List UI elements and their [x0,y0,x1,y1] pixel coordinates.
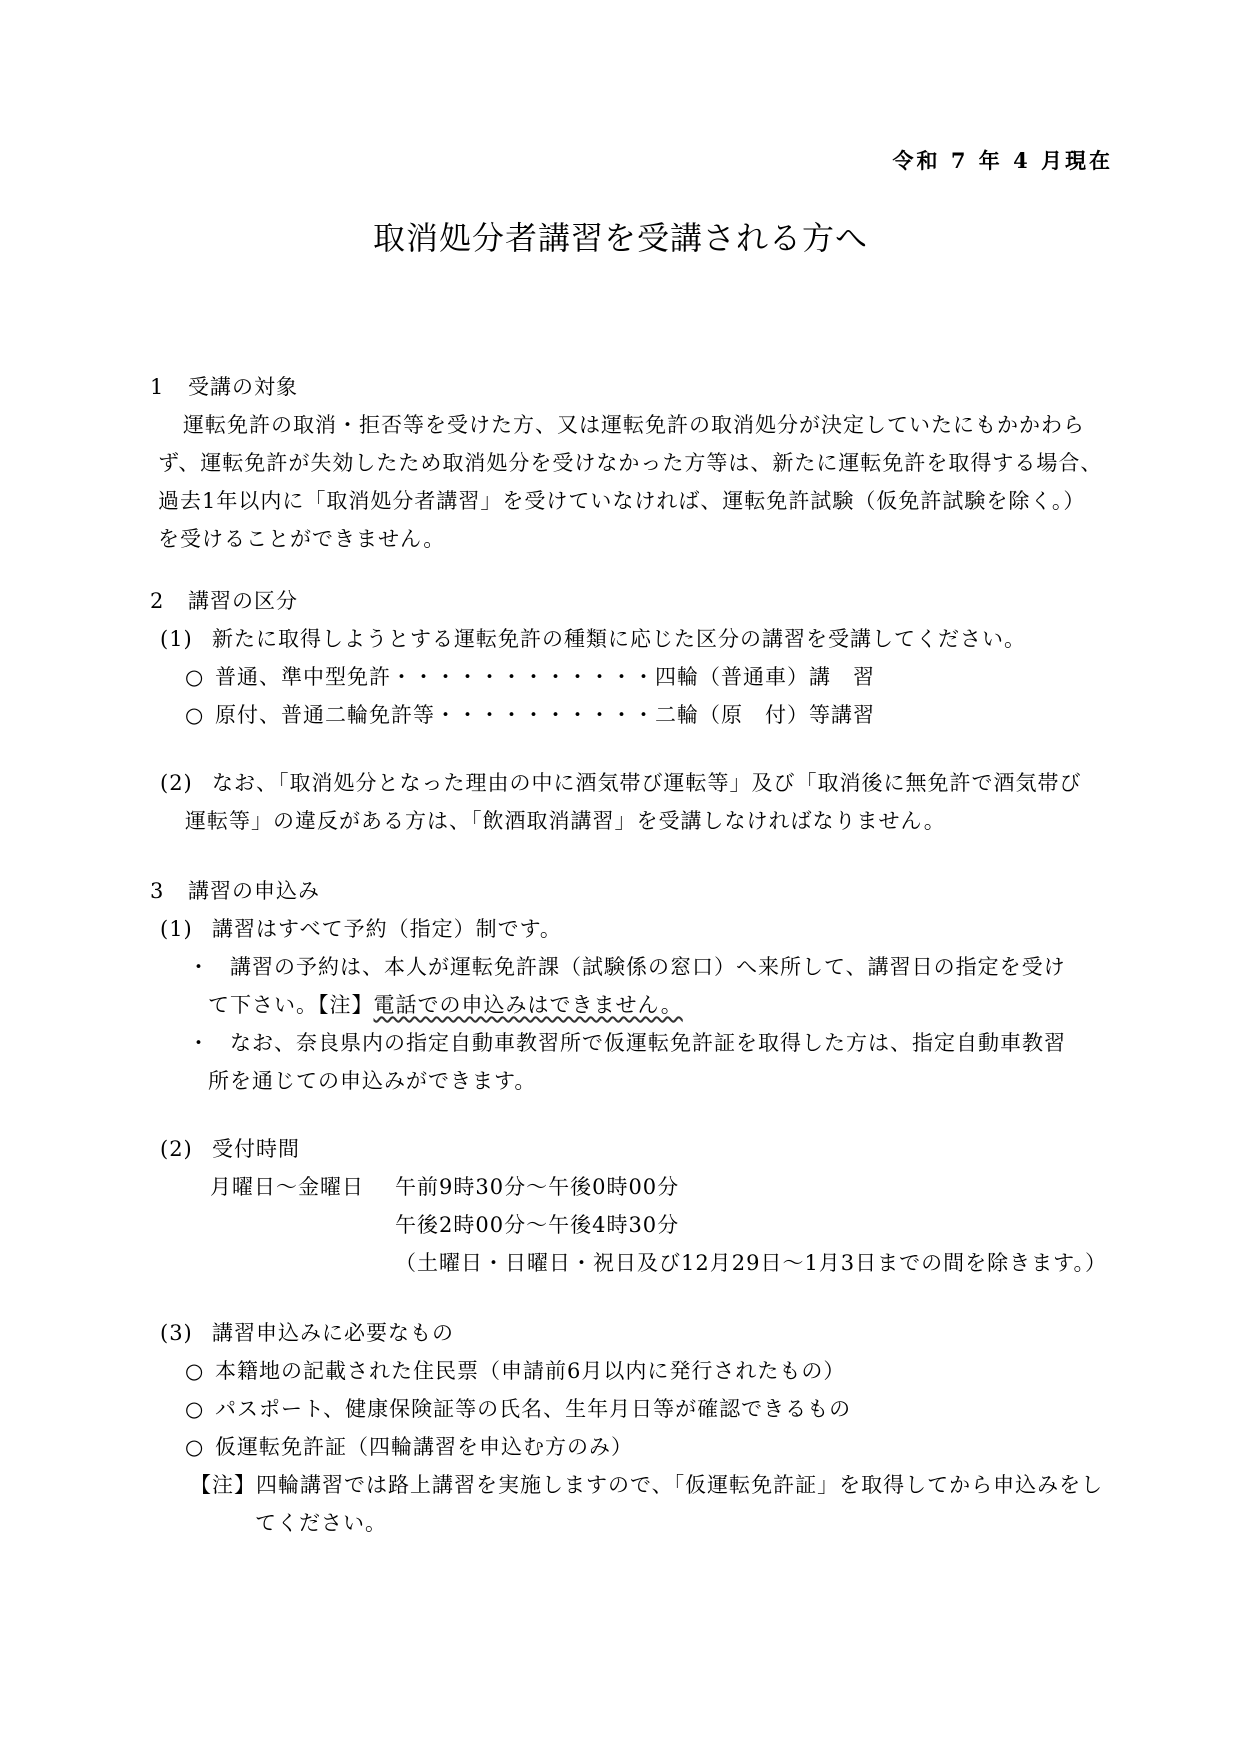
requirement-text: パスポート、健康保険証等の氏名、生年月日等が確認できるもの [215,1397,851,1421]
item-number: (2) [160,1134,212,1164]
reception-time-afternoon: 午後2時00分～午後4時30分 [395,1210,679,1240]
section-2-heading: 2講習の区分 [150,586,298,616]
reception-time-morning: 午前9時30分～午後0時00分 [395,1172,679,1202]
course-type: 四輪（普通車）講 習 [655,665,875,689]
circle-bullet-icon: ○ [185,700,215,730]
four-wheel-note-continuation: てください。 [255,1508,387,1538]
section-2-item-2: (2)なお、「取消処分となった理由の中に酒気帯び運転等」及び「取消後に無免許で酒… [160,768,1082,798]
section-title: 講習の申込み [188,879,320,903]
license-type: 普通、準中型免許・・・・・・・・・・・・ [215,665,655,689]
bullet-text: なお、奈良県内の指定自動車教習所で仮運転免許証を取得した方は、指定自動車教習 [230,1031,1066,1055]
document-date: 令和 7 年 4 月現在 [893,145,1113,175]
item-number: (3) [160,1318,212,1348]
license-type: 原付、普通二輪免許等・・・・・・・・・・ [215,703,655,727]
item-text: 講習はすべて予約（指定）制です。 [212,917,562,941]
reservation-bullet: ・講習の予約は、本人が運転免許課（試験係の窓口）へ来所して、講習日の指定を受け [180,952,1066,982]
section-3-item-3: (3)講習申込みに必要なもの [160,1318,454,1348]
section-1-paragraph-line: ず、運転免許が失効したため取消処分を受けなかった方等は、新たに運転免許を取得する… [158,448,1102,478]
bullet-text: て下さい。【注】 [208,993,374,1017]
reservation-bullet-continuation: て下さい。【注】電話での申込みはできません。 [208,990,683,1020]
item-number: (2) [160,768,212,798]
section-number: 2 [150,586,188,616]
item-text: なお、「取消処分となった理由の中に酒気帯び運転等」及び「取消後に無免許で酒気帯び [212,771,1082,795]
section-3-item-1: (1)講習はすべて予約（指定）制です。 [160,914,562,944]
four-wheel-note: 【注】四輪講習では路上講習を実施しますので、「仮運転免許証」を取得してから申込み… [190,1470,1103,1500]
requirement-item: ○パスポート、健康保険証等の氏名、生年月日等が確認できるもの [185,1394,851,1424]
section-number: 3 [150,876,188,906]
section-2-item-2-continuation: 運転等」の違反がある方は、「飲酒取消講習」を受講しなければなりません。 [185,806,946,836]
reception-days: 月曜日～金曜日 [210,1172,364,1202]
course-option-row: ○普通、準中型免許・・・・・・・・・・・・四輪（普通車）講 習 [185,662,875,692]
item-number: (1) [160,914,212,944]
circle-bullet-icon: ○ [185,1432,215,1462]
item-text: 受付時間 [212,1137,300,1161]
item-text: 講習申込みに必要なもの [212,1321,454,1345]
dot-bullet-icon: ・ [180,1028,218,1058]
item-text: 新たに取得しようとする運転免許の種類に応じた区分の講習を受講してください。 [212,627,1026,651]
driving-school-bullet-continuation: 所を通じての申込みができます。 [208,1066,536,1096]
section-title: 受講の対象 [188,375,298,399]
section-2-item-1: (1)新たに取得しようとする運転免許の種類に応じた区分の講習を受講してください。 [160,624,1026,654]
document-page: 令和 7 年 4 月現在 取消処分者講習を受講される方へ 1受講の対象 運転免許… [0,0,1241,1754]
section-1-paragraph-line: を受けることができません。 [158,524,445,554]
reception-exclusion-note: （土曜日・日曜日・祝日及び12月29日～1月3日までの間を除きます。） [395,1248,1107,1278]
section-1-heading: 1受講の対象 [150,372,298,402]
course-option-row: ○原付、普通二輪免許等・・・・・・・・・・二輪（原 付）等講習 [185,700,875,730]
circle-bullet-icon: ○ [185,1394,215,1424]
section-1-paragraph-line: 過去1年以内に「取消処分者講習」を受けていなければ、運転免許試験（仮免許試験を除… [158,486,1085,516]
section-title: 講習の区分 [188,589,298,613]
section-3-heading: 3講習の申込み [150,876,320,906]
dot-bullet-icon: ・ [180,952,218,982]
requirement-item: ○仮運転免許証（四輪講習を申込む方のみ） [185,1432,633,1462]
item-number: (1) [160,624,212,654]
phone-not-accepted-note: 電話での申込みはできません。 [374,993,683,1017]
circle-bullet-icon: ○ [185,662,215,692]
requirement-item: ○本籍地の記載された住民票（申請前6月以内に発行されたもの） [185,1356,845,1386]
section-1-paragraph-line: 運転免許の取消・拒否等を受けた方、又は運転免許の取消処分が決定していたにもかかわ… [183,410,1085,440]
section-number: 1 [150,372,188,402]
course-type: 二輪（原 付）等講習 [655,703,875,727]
document-title: 取消処分者講習を受講される方へ [0,218,1241,258]
section-3-item-2: (2)受付時間 [160,1134,300,1164]
requirement-text: 仮運転免許証（四輪講習を申込む方のみ） [215,1435,633,1459]
bullet-text: 講習の予約は、本人が運転免許課（試験係の窓口）へ来所して、講習日の指定を受け [230,955,1066,979]
driving-school-bullet: ・なお、奈良県内の指定自動車教習所で仮運転免許証を取得した方は、指定自動車教習 [180,1028,1066,1058]
requirement-text: 本籍地の記載された住民票（申請前6月以内に発行されたもの） [215,1359,845,1383]
circle-bullet-icon: ○ [185,1356,215,1386]
